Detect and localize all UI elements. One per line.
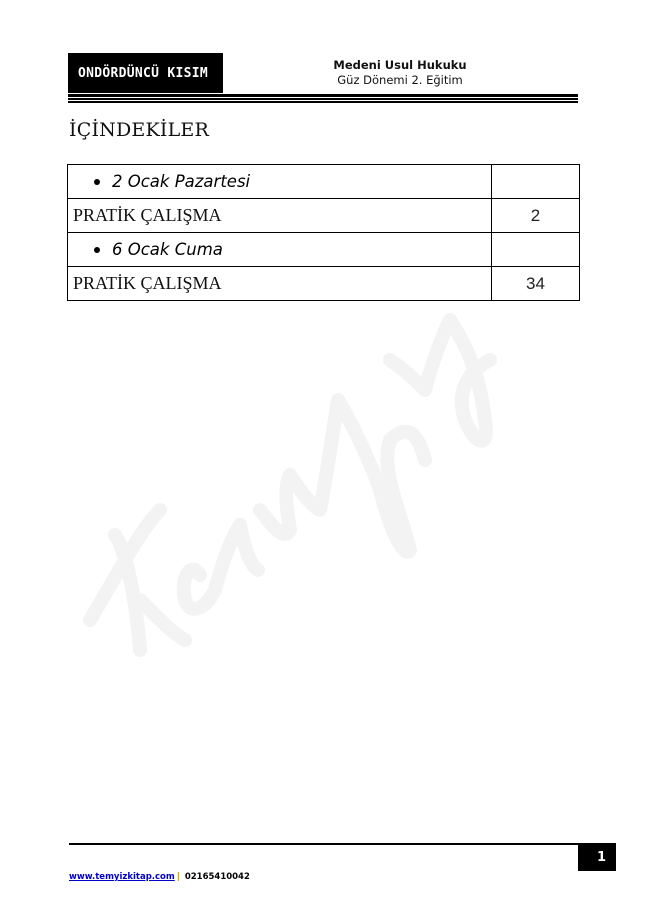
course-subtitle: Güz Dönemi 2. Eğitim [300, 73, 500, 87]
toc-row-date[interactable]: 2 Ocak Pazartesi [68, 165, 580, 199]
header-rule-thin [68, 98, 578, 100]
header-rule-thin [68, 101, 578, 103]
section-label: PRATİK ÇALIŞMA [68, 273, 491, 294]
toc-entry-title[interactable]: PRATİK ÇALIŞMA [68, 199, 492, 233]
date-label: 6 Ocak Cuma [112, 240, 223, 259]
part-label: ONDÖRDÜNCÜ KISIM [68, 53, 223, 93]
toc-entry-title[interactable]: 6 Ocak Cuma [68, 233, 492, 267]
bullet-icon [94, 247, 100, 253]
page-number: 1 [597, 850, 606, 865]
header-rule-thick [68, 94, 578, 97]
toc-entry-title[interactable]: 2 Ocak Pazartesi [68, 165, 492, 199]
toc-entry-page: 2 [492, 199, 580, 233]
footer-separator: | [177, 872, 180, 882]
toc-row-section[interactable]: PRATİK ÇALIŞMA 2 [68, 199, 580, 233]
footer: www.temyizkitap.com| 02165410042 [69, 872, 250, 882]
toc-entry-title[interactable]: PRATİK ÇALIŞMA [68, 267, 492, 301]
bullet-icon [94, 179, 100, 185]
toc-row-section[interactable]: PRATİK ÇALIŞMA 34 [68, 267, 580, 301]
footer-rule [69, 843, 578, 845]
date-label: 2 Ocak Pazartesi [112, 172, 250, 191]
toc-row-date[interactable]: 6 Ocak Cuma [68, 233, 580, 267]
part-label-text: ONDÖRDÜNCÜ KISIM [78, 66, 208, 81]
temyiz-watermark [80, 300, 530, 660]
course-title: Medeni Usul Hukuku [300, 58, 500, 72]
website-link[interactable]: www.temyizkitap.com [69, 872, 175, 882]
toc-entry-page: 34 [492, 267, 580, 301]
toc-entry-page [492, 165, 580, 199]
page-number-box: 1 [578, 843, 616, 871]
toc-entry-page [492, 233, 580, 267]
section-label: PRATİK ÇALIŞMA [68, 205, 491, 226]
toc-heading: İÇİNDEKİLER [69, 119, 209, 141]
phone-number: 02165410042 [185, 872, 250, 882]
toc-table: 2 Ocak Pazartesi PRATİK ÇALIŞMA 2 6 Ocak… [67, 164, 580, 301]
